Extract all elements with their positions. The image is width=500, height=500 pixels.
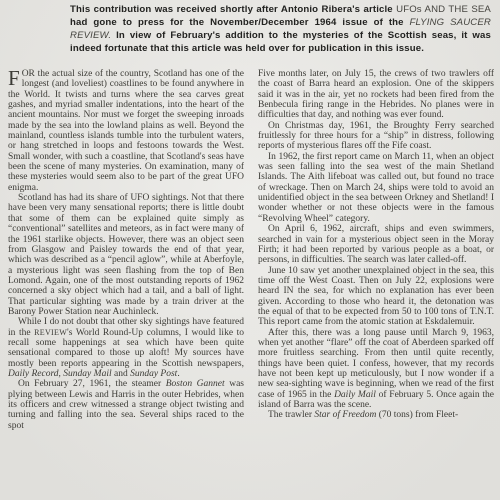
paragraph: In 1962, the first report came on March … [258, 152, 494, 224]
paragraph: FOR the actual size of the country, Scot… [8, 69, 244, 193]
paragraph: The trawler Star of Freedom (70 tons) fr… [258, 410, 494, 420]
text-segment: Star of Freedom [314, 410, 376, 420]
paragraph: On February 27, 1961, the steamer Boston… [8, 379, 244, 431]
text-segment: June 10 saw yet another unexplained obje… [258, 266, 494, 328]
text-segment: Five months later, on July 15, the crews… [258, 69, 494, 120]
text-segment: UFOs AND THE SEA [396, 4, 491, 15]
paragraph: On April 6, 1962, aircraft, ships and ev… [258, 224, 494, 265]
paragraph: After this, there was a long pause until… [258, 328, 494, 411]
paragraph-text: On Christmas day, 1961, the Broughty Fer… [258, 121, 494, 152]
text-segment: Daily Mail [334, 390, 376, 400]
paragraph-text: On February 27, 1961, the steamer Boston… [8, 379, 244, 430]
paragraph: On Christmas day, 1961, the Broughty Fer… [258, 121, 494, 152]
drop-cap: F [8, 69, 22, 87]
paragraph: While I do not doubt that other sky sigh… [8, 317, 244, 379]
paragraph-text: Scotland has had its share of UFO sighti… [8, 193, 244, 317]
text-segment: . [177, 369, 179, 379]
editorial-note: This contribution was received shortly a… [70, 4, 491, 56]
text-segment: had gone to press for the November/Decem… [70, 17, 410, 28]
text-segment: In 1962, the first report came on March … [258, 152, 494, 224]
text-segment: This contribution was received shortly a… [70, 4, 396, 15]
magazine-page: This contribution was received shortly a… [0, 0, 500, 500]
text-segment: OR the actual size of the country, Scotl… [8, 69, 244, 193]
paragraph: June 10 saw yet another unexplained obje… [258, 266, 494, 328]
column-left: FOR the actual size of the country, Scot… [8, 69, 244, 500]
text-segment: Scotland has had its share of UFO sighti… [8, 193, 244, 317]
text-segment: On April 6, 1962, aircraft, ships and ev… [258, 224, 494, 265]
paragraph-text: After this, there was a long pause until… [258, 328, 494, 410]
paragraph-text: June 10 saw yet another unexplained obje… [258, 266, 494, 328]
text-segment: Sunday Post [130, 369, 177, 379]
text-segment: In view of February's addition to the my… [70, 30, 491, 54]
text-segment: Boston Gannet [166, 379, 225, 389]
paragraph-text: While I do not doubt that other sky sigh… [8, 317, 244, 379]
paragraph-text: On April 6, 1962, aircraft, ships and ev… [258, 224, 494, 265]
article-body: FOR the actual size of the country, Scot… [8, 69, 494, 500]
paragraph: Five months later, on July 15, the crews… [258, 69, 494, 121]
text-segment: The trawler [268, 410, 314, 420]
text-segment: On Christmas day, 1961, the Broughty Fer… [258, 121, 494, 152]
column-right: Five months later, on July 15, the crews… [258, 69, 494, 500]
text-segment: and [112, 369, 130, 379]
paragraph: Scotland has had its share of UFO sighti… [8, 193, 244, 317]
text-segment: Daily Record, Sunday Mail [8, 369, 112, 379]
text-segment: REVIEW [34, 328, 67, 337]
text-segment: (70 tons) from Fleet- [376, 410, 458, 420]
paragraph-text: Five months later, on July 15, the crews… [258, 69, 494, 120]
text-segment: On February 27, 1961, the steamer [18, 379, 166, 389]
paragraph-text: The trawler Star of Freedom (70 tons) fr… [268, 410, 458, 420]
paragraph-text: In 1962, the first report came on March … [258, 152, 494, 224]
paragraph-text: OR the actual size of the country, Scotl… [8, 69, 244, 193]
